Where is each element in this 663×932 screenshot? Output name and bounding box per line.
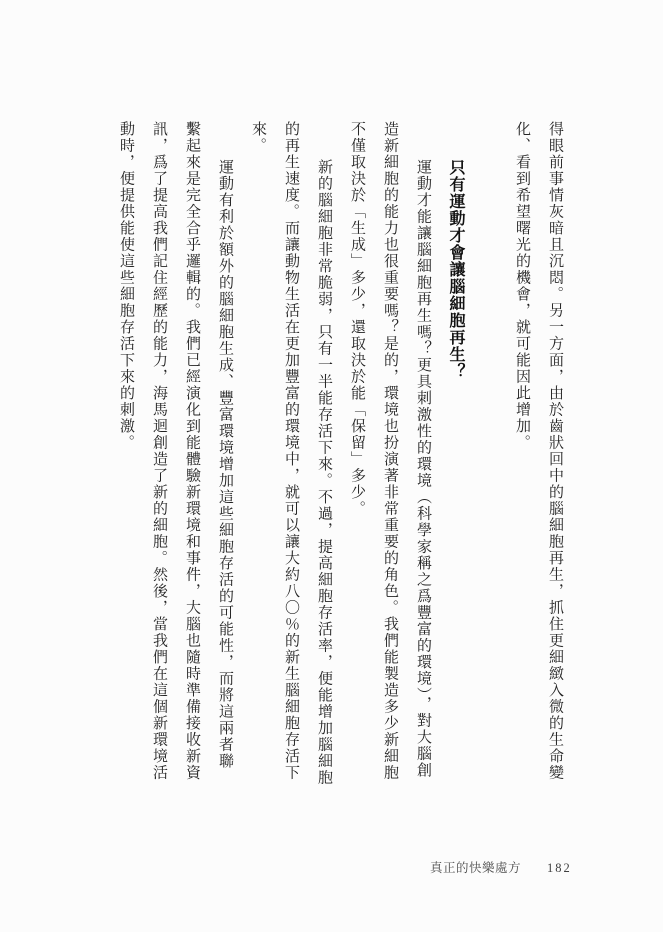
vertical-text-block: 得眼前事情灰暗且沉悶。另一方面，由於齒狀回中的腦細胞再生，抓住更細緻入微的生命變… [99,121,571,786]
text-column: 化、看到希望曙光的機會，就可能因此增加。 [505,121,538,781]
text-column: 不僅取決於「生成」多少，還取決於能「保留」多少。 [340,121,373,781]
text-column: 繫起來是完全合乎邏輯的。我們已經演化到能體驗新環境和事件，大腦也隨時準備接收新資 [175,121,208,781]
page-number: 182 [547,861,572,875]
section-heading: 只有運動才會讓腦細胞再生？ [439,121,472,781]
text-column: 來。 [241,121,274,781]
book-page: 得眼前事情灰暗且沉悶。另一方面，由於齒狀回中的腦細胞再生，抓住更細緻入微的生命變… [0,0,663,932]
text-column: 運動才能讓腦細胞再生嗎？更具刺激性的環境（科學家稱之爲豐富的環境），對大腦創 [406,121,439,781]
text-column: 新的腦細胞非常脆弱，只有一半能存活下來。不過，提高細胞存活率，便能增加腦細胞 [307,121,340,781]
book-title: 真正的快樂處方 [430,861,521,875]
text-column: 得眼前事情灰暗且沉悶。另一方面，由於齒狀回中的腦細胞再生，抓住更細緻入微的生命變 [538,121,571,781]
text-column: 訊，爲了提高我們記住經歷的能力，海馬迴創造了新的細胞。然後，當我們在這個新環境活 [142,121,175,781]
column-gap [472,121,505,131]
text-column: 造新細胞的能力也很重要嗎？是的，環境也扮演著非常重要的角色。我們能製造多少新細胞 [373,121,406,781]
page-footer: 真正的快樂處方182 [430,858,572,876]
text-column: 動時，便提供能使這些細胞存活下來的刺激。 [109,121,142,781]
text-column: 的再生速度。而讓動物生活在更加豐富的環境中，就可以讓大約八〇％的新生腦細胞存活下 [274,121,307,781]
text-column: 運動有利於額外的腦細胞生成、豐富環境增加這些細胞存活的可能性，而將這兩者聯 [208,121,241,781]
